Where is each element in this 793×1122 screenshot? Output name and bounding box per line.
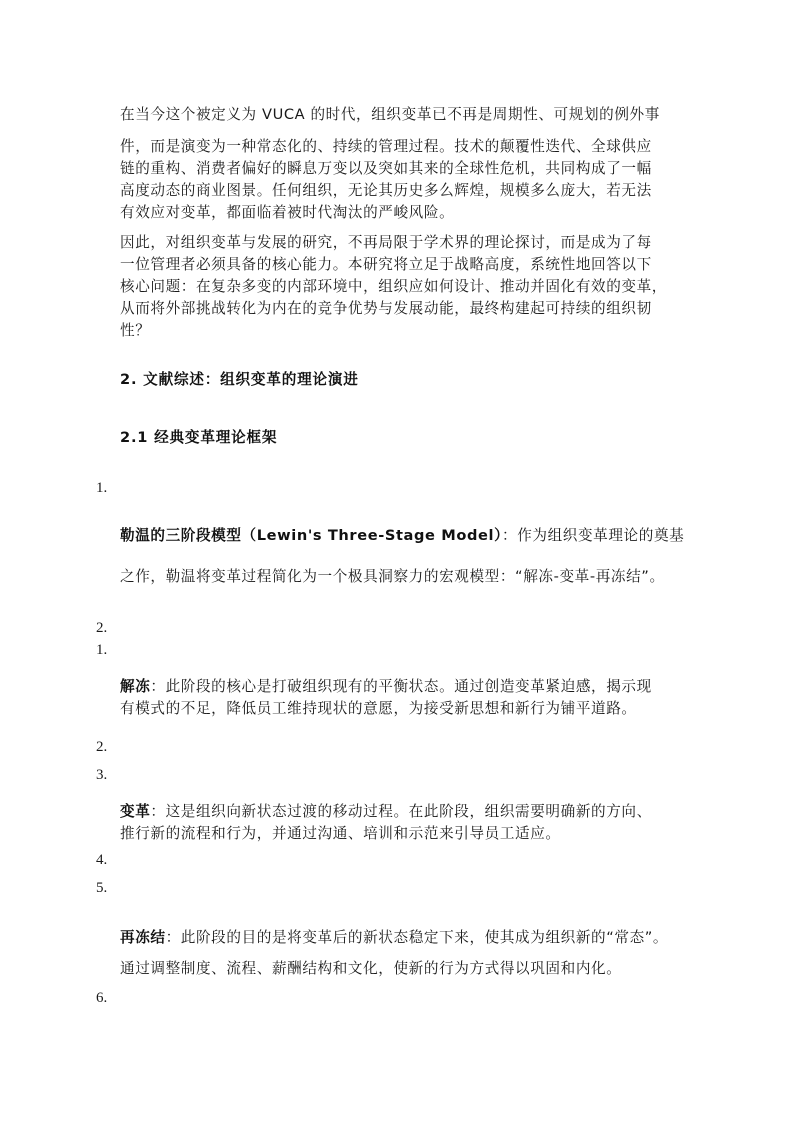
stage-line-2: 通过调整制度、流程、薪酬结构和文化，使新的行为方式得以巩固和内化。	[120, 958, 680, 980]
list-number: 2.	[96, 737, 107, 757]
stage-line-2: 推行新的流程和行为，并通过沟通、培训和示范来引导员工适应。	[120, 823, 680, 845]
stage-change: 变革：这是组织向新状态过渡的移动过程。在此阶段，组织需要明确新的方向、 推行新的…	[120, 801, 680, 845]
intro-paragraph-1: 在当今这个被定义为 VUCA 的时代，组织变革已不再是周期性、可规划的例外事	[120, 104, 680, 126]
paragraph-line: 高度动态的商业图景。任何组织，无论其历史多么辉煌，规模多么庞大，若无法	[120, 180, 680, 202]
list-number: 2.	[96, 618, 107, 638]
paragraph-line: 件，而是演变为一种常态化的、持续的管理过程。技术的颠覆性迭代、全球供应	[120, 136, 680, 158]
paragraph-line: 在当今这个被定义为 VUCA 的时代，组织变革已不再是周期性、可规划的例外事	[120, 104, 680, 126]
list-number: 1.	[96, 640, 107, 660]
paragraph-line: 一位管理者必须具备的核心能力。本研究将立足于战略高度，系统性地回答以下	[120, 254, 680, 276]
stage-term: 解冻	[120, 678, 150, 695]
section-heading: 2. 文献综述：组织变革的理论演进	[120, 368, 359, 389]
list-number: 4.	[96, 850, 107, 870]
lewin-paragraph: 勒温的三阶段模型（Lewin's Three-Stage Model）：作为组织…	[120, 525, 680, 547]
stage-term: 变革	[120, 803, 150, 820]
paragraph-line: 有效应对变革，都面临着被时代淘汰的严峻风险。	[120, 202, 680, 224]
lewin-title-rest: ：作为组织变革理论的奠基	[502, 527, 684, 544]
paragraph-line: 性？	[120, 320, 680, 342]
stage-line-1: 解冻：此阶段的核心是打破组织现有的平衡状态。通过创造变革紧迫感，揭示现	[120, 676, 680, 698]
intro-paragraph-2: 因此，对组织变革与发展的研究，不再局限于学术界的理论探讨，而是成为了每 一位管理…	[120, 232, 680, 342]
stage-refreeze-cont: 通过调整制度、流程、薪酬结构和文化，使新的行为方式得以巩固和内化。	[120, 958, 680, 980]
paragraph-line: 核心问题：在复杂多变的内部环境中，组织应如何设计、推动并固化有效的变革，	[120, 276, 680, 298]
lewin-title: 勒温的三阶段模型（Lewin's Three-Stage Model）	[120, 527, 502, 544]
stage-line-1: 再冻结：此阶段的目的是将变革后的新状态稳定下来，使其成为组织新的“常态”。	[120, 927, 680, 949]
stage-term: 再冻结	[120, 929, 166, 946]
stage-line-1: 变革：这是组织向新状态过渡的移动过程。在此阶段，组织需要明确新的方向、	[120, 801, 680, 823]
list-number: 6.	[96, 988, 107, 1008]
stage-line-2: 有模式的不足，降低员工维持现状的意愿，为接受新思想和新行为铺平道路。	[120, 698, 680, 720]
paragraph-line: 因此，对组织变革与发展的研究，不再局限于学术界的理论探讨，而是成为了每	[120, 232, 680, 254]
stage-text: ：此阶段的目的是将变革后的新状态稳定下来，使其成为组织新的“常态”。	[166, 929, 669, 946]
stage-refreeze: 再冻结：此阶段的目的是将变革后的新状态稳定下来，使其成为组织新的“常态”。	[120, 927, 680, 949]
list-number: 1.	[96, 478, 107, 498]
document-page: 在当今这个被定义为 VUCA 的时代，组织变革已不再是周期性、可规划的例外事 件…	[0, 0, 793, 1122]
lewin-paragraph-cont: 之作，勒温将变革过程简化为一个极具洞察力的宏观模型：“解冻-变革-再冻结”。	[120, 566, 680, 588]
intro-paragraph-1-cont: 件，而是演变为一种常态化的、持续的管理过程。技术的颠覆性迭代、全球供应 链的重构…	[120, 136, 680, 224]
lewin-line-1: 勒温的三阶段模型（Lewin's Three-Stage Model）：作为组织…	[120, 525, 680, 547]
stage-unfreeze: 解冻：此阶段的核心是打破组织现有的平衡状态。通过创造变革紧迫感，揭示现 有模式的…	[120, 676, 680, 720]
list-number: 3.	[96, 765, 107, 785]
stage-text: ：这是组织向新状态过渡的移动过程。在此阶段，组织需要明确新的方向、	[150, 803, 651, 820]
subsection-heading: 2.1 经典变革理论框架	[120, 426, 277, 447]
list-number: 5.	[96, 878, 107, 898]
paragraph-line: 链的重构、消费者偏好的瞬息万变以及突如其来的全球性危机，共同构成了一幅	[120, 158, 680, 180]
paragraph-line: 从而将外部挑战转化为内在的竞争优势与发展动能，最终构建起可持续的组织韧	[120, 298, 680, 320]
stage-text: ：此阶段的核心是打破组织现有的平衡状态。通过创造变革紧迫感，揭示现	[150, 678, 651, 695]
paragraph-line: 之作，勒温将变革过程简化为一个极具洞察力的宏观模型：“解冻-变革-再冻结”。	[120, 566, 680, 588]
